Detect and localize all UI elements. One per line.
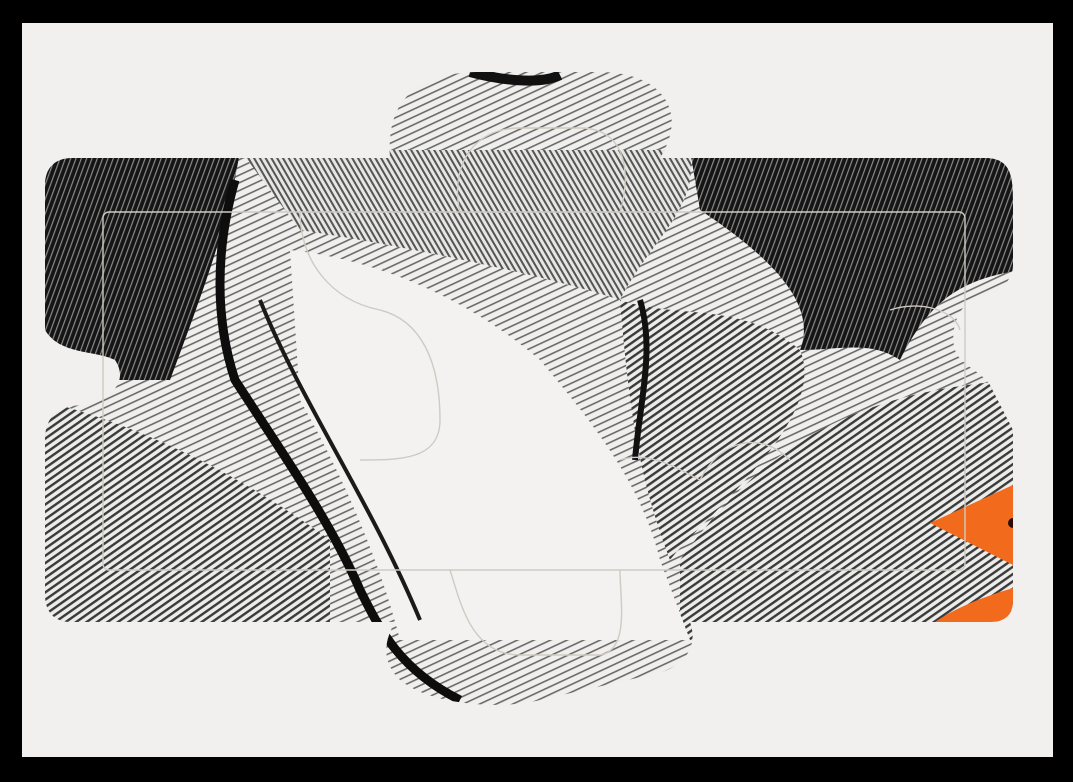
puzzle-illustration [0,0,1073,782]
illustration-group [40,60,1020,720]
